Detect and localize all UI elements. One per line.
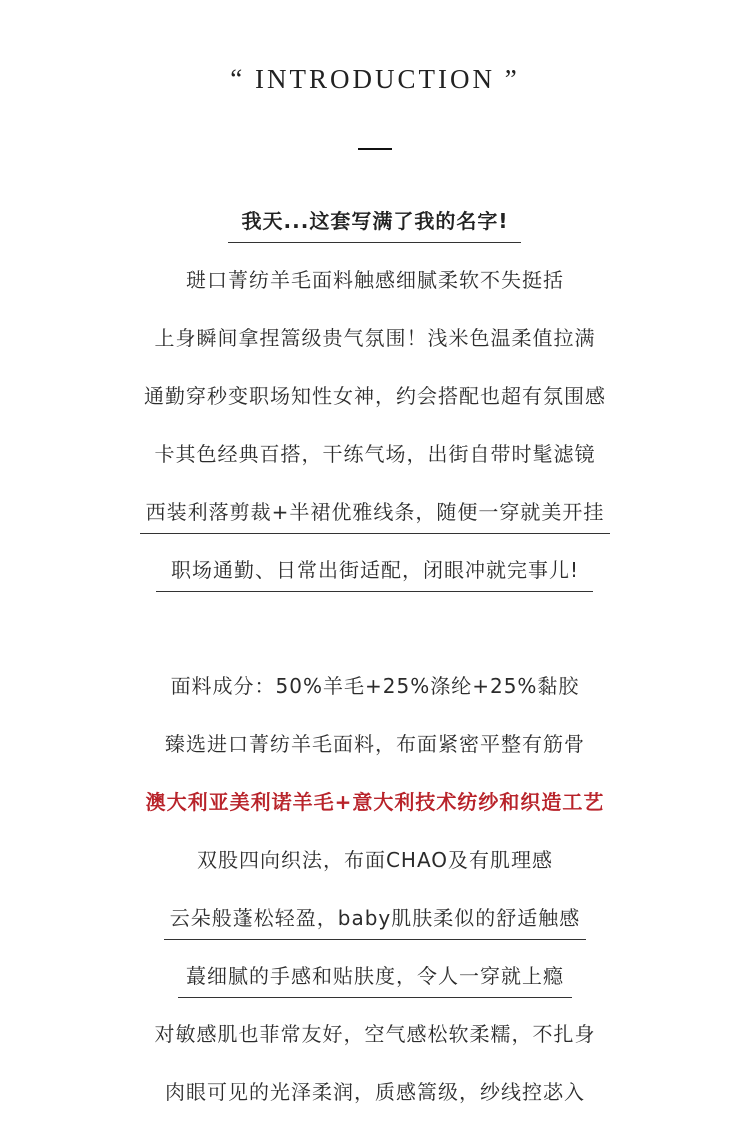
section1-line-1: 琎口菁纺羊毛面料触感细腻柔软不失挺括 (0, 266, 750, 294)
section2-line-5-underline (164, 939, 586, 940)
title-divider (358, 148, 392, 150)
section1-line-2: 上身瞬间拿捏篙级贵气氛围！浅米色温柔值拉满 (0, 324, 750, 352)
line-6-underline (156, 591, 593, 592)
section2-line-6: 蕞细腻的手感和贴肤度，令人一穿就上瘾 (0, 962, 750, 990)
section2-line-3-highlight: 澳大利亚美利诺羊毛+意大利技术纺纱和织造工艺 (0, 788, 750, 816)
section1-line-3: 通勤穿秒变职场知性女神，约会搭配也超有氛围感 (0, 382, 750, 410)
section1-line-5: 西装利落剪裁+半裙优雅线条，随便一穿就美开挂 (0, 498, 750, 526)
heading-text: 我天...这套写满了我的名字! (242, 207, 509, 235)
section2-line-5: 云朵般蓬松轻盈，baby肌肤柔似的舒适触感 (0, 904, 750, 932)
section1-heading: 我天...这套写满了我的名字! (0, 207, 750, 235)
section2-line-2: 臻选进口菁纺羊毛面料，布面紧密平整有筋骨 (0, 730, 750, 758)
section2-line-4: 双股四向织法，布面CHAO及有肌理感 (0, 846, 750, 874)
section1-line-6: 职场通勤、日常出街适配，闭眼冲就完事儿! (0, 556, 750, 584)
section2-line-7: 对敏感肌也菲常友好，空气感松软柔糯，不扎身 (0, 1020, 750, 1048)
heading-underline (228, 242, 521, 243)
section2-line-6-underline (178, 997, 572, 998)
section2-line-1: 面料成分：50%羊毛+25%涤纶+25%黏胶 (0, 672, 750, 700)
intro-title: “ INTRODUCTION ” (0, 64, 750, 95)
section1-line-4: 卡其色经典百搭，干练气场，出街自带时髦滤镜 (0, 440, 750, 468)
line-5-underline (140, 533, 610, 534)
section2-line-8: 肉眼可见的光泽柔润，质感篙级，纱线控苾入 (0, 1078, 750, 1106)
